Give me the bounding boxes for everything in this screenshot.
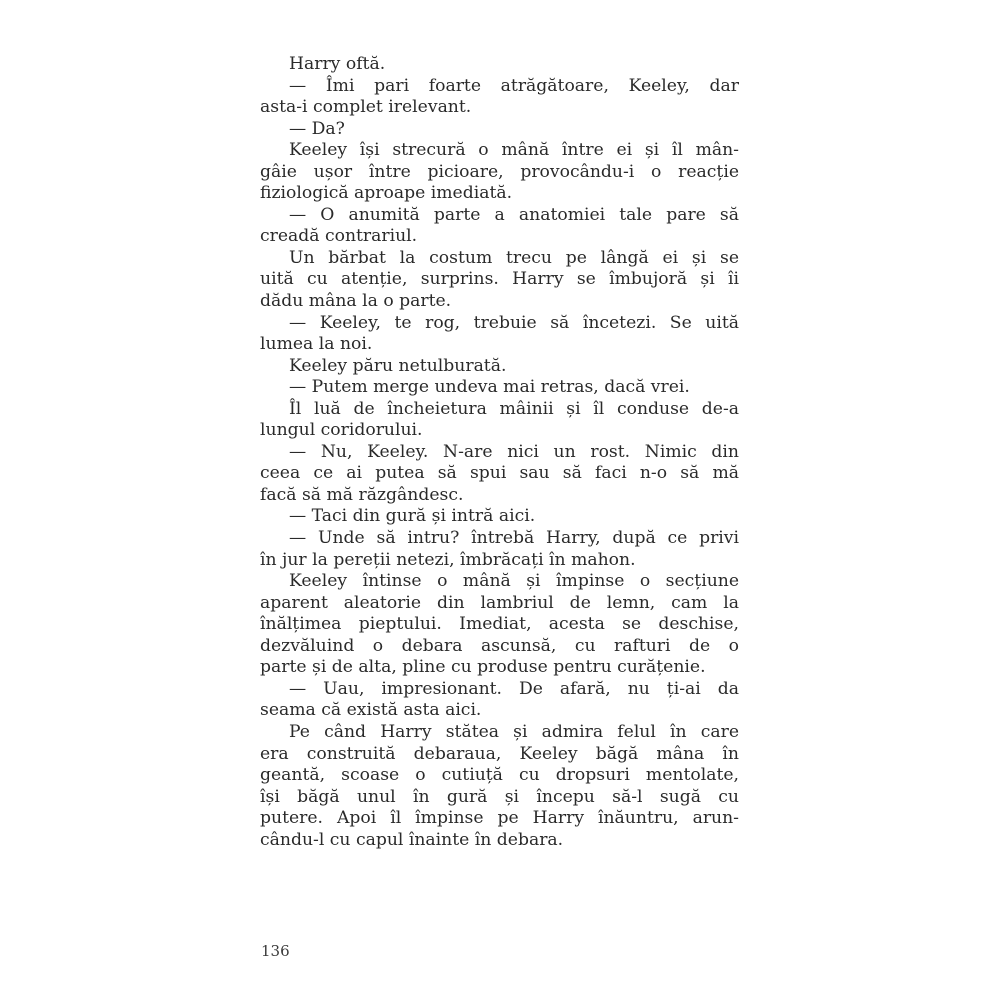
text-line: își băgă unul în gură și începu să-l sug… [260,787,739,809]
text-line: geantă, scoase o cutiuță cu dropsuri men… [260,765,739,787]
paragraph: Pe când Harry stătea și admira felul în … [260,722,739,851]
paragraph: Keeley își strecură o mână între ei și î… [260,140,739,205]
text-line: — Da? [260,119,739,141]
text-line: — Taci din gură și intră aici. [260,506,739,528]
text-line: uită cu atenție, surprins. Harry se îmbu… [260,269,739,291]
text-line: — Putem merge undeva mai retras, dacă vr… [260,377,739,399]
text-line: cându-l cu capul înainte în debara. [260,830,739,852]
text-line: Harry oftă. [260,54,739,76]
text-line: putere. Apoi îl împinse pe Harry înăuntr… [260,808,739,830]
text-line: Keeley întinse o mână și împinse o secți… [260,571,739,593]
text-line: lumea la noi. [260,334,739,356]
text-line: — Îmi pari foarte atrăgătoare, Keeley, d… [260,76,739,98]
book-page-body: Harry oftă.— Îmi pari foarte atrăgătoare… [260,54,739,851]
text-line: — Nu, Keeley. N-are nici un rost. Nimic … [260,442,739,464]
text-line: fiziologică aproape imediată. [260,183,739,205]
paragraph: Keeley păru netulburată. [260,356,739,378]
text-line: — Unde să intru? întrebă Harry, după ce … [260,528,739,550]
text-line: Un bărbat la costum trecu pe lângă ei și… [260,248,739,270]
text-line: — Keeley, te rog, trebuie să încetezi. S… [260,313,739,335]
paragraph: Keeley întinse o mână și împinse o secți… [260,571,739,679]
text-line: înălțimea pieptului. Imediat, acesta se … [260,614,739,636]
text-line: Keeley păru netulburată. [260,356,739,378]
text-line: parte și de alta, pline cu produse pentr… [260,657,739,679]
text-line: aparent aleatorie din lambriul de lemn, … [260,593,739,615]
text-line: Pe când Harry stătea și admira felul în … [260,722,739,744]
page-number: 136 [261,942,290,960]
paragraph: — Da? [260,119,739,141]
paragraph: — Putem merge undeva mai retras, dacă vr… [260,377,739,399]
text-line: asta-i complet irelevant. [260,97,739,119]
paragraph: — Keeley, te rog, trebuie să încetezi. S… [260,313,739,356]
text-line: Keeley își strecură o mână între ei și î… [260,140,739,162]
text-line: gâie ușor între picioare, provocându-i o… [260,162,739,184]
text-line: lungul coridorului. [260,420,739,442]
paragraph: — Uau, impresionant. De afară, nu ți-ai … [260,679,739,722]
text-line: — Uau, impresionant. De afară, nu ți-ai … [260,679,739,701]
paragraph: Harry oftă. [260,54,739,76]
text-line: era construită debaraua, Keeley băgă mân… [260,744,739,766]
text-line: în jur la pereții netezi, îmbrăcați în m… [260,550,739,572]
paragraph: Îl luă de încheietura mâinii și îl condu… [260,399,739,442]
text-line: dădu mâna la o parte. [260,291,739,313]
text-line: facă să mă răzgândesc. [260,485,739,507]
text-line: ceea ce ai putea să spui sau să faci n-o… [260,463,739,485]
text-line: — O anumită parte a anatomiei tale pare … [260,205,739,227]
text-line: creadă contrariul. [260,226,739,248]
text-line: seama că există asta aici. [260,700,739,722]
paragraph: — Nu, Keeley. N-are nici un rost. Nimic … [260,442,739,507]
paragraph: — Unde să intru? întrebă Harry, după ce … [260,528,739,571]
text-line: Îl luă de încheietura mâinii și îl condu… [260,399,739,421]
text-line: dezvăluind o debara ascunsă, cu rafturi … [260,636,739,658]
paragraph: — Taci din gură și intră aici. [260,506,739,528]
paragraph: — Îmi pari foarte atrăgătoare, Keeley, d… [260,76,739,119]
paragraph: — O anumită parte a anatomiei tale pare … [260,205,739,248]
paragraph: Un bărbat la costum trecu pe lângă ei și… [260,248,739,313]
